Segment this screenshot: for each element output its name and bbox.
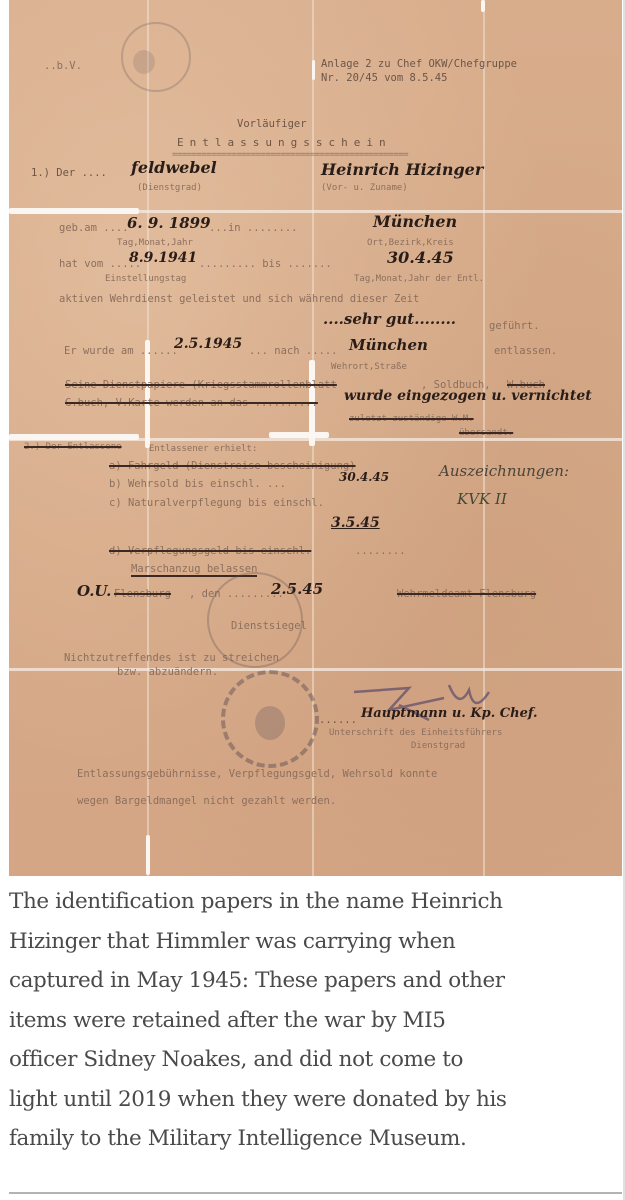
title-line1: Vorläufiger	[237, 118, 307, 130]
item-c: c) Naturalverpflegung bis einschl.	[109, 497, 324, 509]
papers-line2-handwritten: wurde eingezogen u. vernichtet	[344, 388, 592, 404]
title-line2: Entlassungsschein	[177, 136, 392, 149]
place-struck: Flensburg	[114, 588, 184, 600]
tear-mark	[9, 208, 139, 214]
signature-dots: ......	[319, 714, 357, 726]
eagle-emblem-icon	[255, 706, 285, 740]
section2-rest: Entlassener erhielt:	[149, 444, 257, 454]
fold-line	[9, 668, 622, 671]
conduct-handwritten: ....sehr gut........	[323, 310, 456, 328]
official-stamp	[207, 572, 303, 668]
signature-rank-label: Dienstgrad	[411, 741, 465, 751]
official-stamp	[121, 22, 191, 92]
discharge-place-label: Wehrort,Straße	[331, 362, 407, 372]
caption-line: light until 2019 when they were donated …	[9, 1080, 619, 1120]
item-d-dots: ........	[355, 545, 406, 557]
conduct-suffix: geführt.	[489, 320, 540, 332]
note-line2: bzw. abzuändern.	[117, 666, 218, 678]
footer-line2: wegen Bargeldmangel nicht gezahlt werden…	[77, 795, 336, 807]
papers-line1-struck: Seine Dienstpapiere (Kriegsstammrollenbl…	[65, 379, 337, 391]
born-date-handwritten: 6. 9. 1899	[127, 214, 211, 232]
item-b: b) Wehrsold bis einschl. ...	[109, 478, 286, 490]
line1-prefix: 1.) Der ....	[31, 167, 107, 179]
discharge-prefix: Er wurde am ......	[64, 345, 178, 357]
born-place-handwritten: München	[373, 212, 457, 231]
remarks-handwritten: Auszeichnungen:	[439, 462, 569, 480]
official-stamp	[221, 670, 319, 768]
tear-mark	[9, 434, 139, 440]
office-struck: Wehrmeldeamt Flensburg	[397, 588, 536, 600]
divider	[9, 1192, 622, 1194]
service-from-label: Einstellungstag	[105, 274, 186, 284]
born-prefix: geb.am ....	[59, 222, 129, 234]
item-b-handwritten: 30.4.45	[339, 470, 389, 484]
papers-line2-struck: G.buch, V.Karte werden an das ..........	[65, 397, 318, 409]
caption-line: Hizinger that Himmler was carrying when	[9, 922, 619, 962]
tear-mark	[146, 835, 150, 875]
tear-mark	[269, 432, 329, 438]
caption-line: officer Sidney Noakes, and did not come …	[9, 1040, 619, 1080]
born-in: ...in ........	[209, 222, 298, 234]
rank-handwritten: feldwebel	[131, 158, 217, 177]
caption-line: captured in May 1945: These papers and o…	[9, 961, 619, 1001]
born-date-label: Tag,Monat,Jahr	[117, 238, 193, 248]
discharge-suffix: entlassen.	[494, 345, 557, 357]
papers-line4-struck: übersandt.	[459, 428, 513, 438]
service-bis: ......... bis .......	[199, 258, 332, 270]
service-to-label: Tag,Monat,Jahr der Entl.	[354, 274, 484, 284]
caption-line: The identification papers in the name He…	[9, 882, 619, 922]
header-left: ..b.V.	[44, 60, 82, 72]
discharge-nach: ... nach .....	[249, 345, 338, 357]
tear-mark	[312, 60, 315, 80]
footer-line1: Entlassungsgebührnisse, Verpflegungsgeld…	[77, 768, 437, 780]
award-handwritten: KVK II	[457, 490, 507, 508]
signature-label: Unterschrift des Einheitsführers	[329, 728, 502, 738]
item-d-struck: d) Verpflegungsgeld bis einschl.	[109, 545, 311, 557]
service-text: aktiven Wehrdienst geleistet und sich wä…	[59, 293, 419, 305]
eagle-emblem-icon	[133, 50, 155, 74]
caption-line: items were retained after the war by MI5	[9, 1001, 619, 1041]
item-a-struck: a) Fahrgeld (Dienstreise bescheinigung)	[109, 460, 356, 472]
section2-struck: 2.) Der Entlassene	[24, 442, 122, 452]
item-c-handwritten: 3.5.45	[331, 515, 380, 531]
service-from-handwritten: 8.9.1941	[129, 250, 197, 266]
rank-label: (Dienstgrad)	[137, 183, 202, 193]
signature-scribble-icon	[349, 680, 519, 730]
name-handwritten: Heinrich Hizinger	[321, 160, 483, 179]
place-handwritten: O.U.	[77, 582, 111, 600]
name-label: (Vor- u. Zuname)	[321, 183, 408, 193]
born-place-label: Ort,Bezirk,Kreis	[367, 238, 454, 248]
caption-line: family to the Military Intelligence Muse…	[9, 1119, 619, 1159]
discharge-place-handwritten: München	[349, 336, 428, 354]
service-to-handwritten: 30.4.45	[387, 248, 454, 267]
header-right-line1: Anlage 2 zu Chef OKW/Chefgruppe	[321, 58, 517, 70]
document-photo: ..b.V. Anlage 2 zu Chef OKW/Chefgruppe N…	[9, 0, 622, 876]
signature-handwritten: Hauptmann u. Kp. Chef.	[361, 706, 538, 721]
tear-mark	[481, 0, 485, 12]
papers-line3-struck: zuletzt zuständige W.M.	[349, 414, 474, 424]
discharge-date-handwritten: 2.5.1945	[174, 336, 242, 352]
header-right-line2: Nr. 20/45 vom 8.5.45	[321, 72, 447, 84]
image-caption: The identification papers in the name He…	[9, 882, 619, 1159]
